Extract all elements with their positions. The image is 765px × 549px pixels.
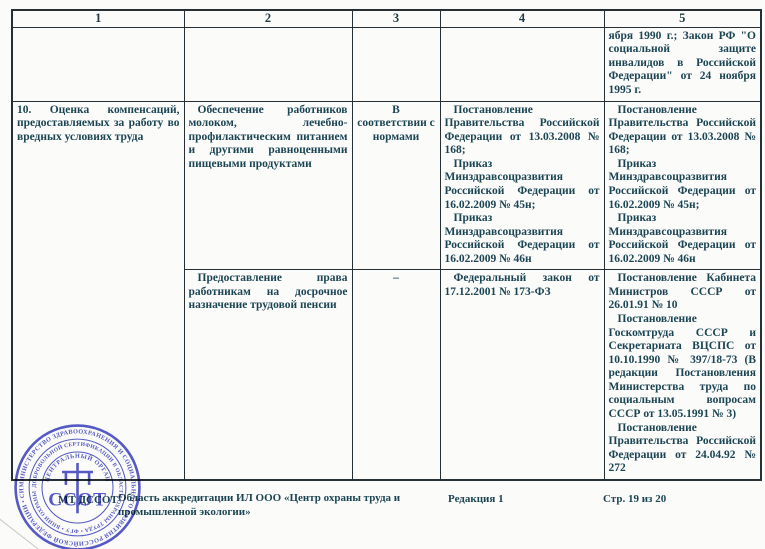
regulation-paragraph: Приказ Минздравсоцразвития Российской Фе… (609, 212, 757, 266)
certification-stamp-icon: МИНИСТЕРСТВО ЗДРАВООХРАНЕНИЯ И СОЦИАЛЬНО… (13, 423, 142, 549)
accreditation-scope-table: 1 2 3 4 5 ября 1990 г.; Закон РФ "О соци… (11, 9, 762, 481)
column-header-3: 3 (352, 10, 440, 27)
regulation-paragraph: Федеральный закон от 17.12.2001 № 173-ФЗ (445, 272, 600, 299)
cell-row10b-col3: – (352, 270, 440, 480)
column-header-2: 2 (184, 10, 352, 27)
row10-title-text: 10. Оценка компенсаций, предоставляемых … (17, 104, 180, 145)
column-header-1: 1 (12, 10, 184, 27)
regulation-paragraph: Приказ Минздравсоцразвития Российской Фе… (445, 158, 600, 212)
footer-accreditation-title: Область аккредитации ИЛ ООО «Центр охран… (118, 491, 448, 520)
cell-prev-col1 (12, 27, 184, 101)
law-reference-text: ября 1990 г.; Закон РФ "О социальной защ… (609, 30, 757, 98)
cell-row10a-col5: Постановление Правительства Российской Ф… (604, 101, 761, 270)
regulation-paragraph: Постановление Госкомтруда СССР и Секрета… (609, 313, 757, 422)
cell-row10b-col4: Федеральный закон от 17.12.2001 № 173-ФЗ (440, 270, 604, 480)
cell-row10a-col2: Обеспечение работников молоком, лечебно-… (184, 101, 352, 270)
regulation-paragraph: Приказ Минздравсоцразвития Российской Фе… (609, 158, 757, 212)
cell-prev-col4 (440, 27, 604, 101)
cell-row10b-col5: Постановление Кабинета Министров СССР от… (604, 270, 761, 480)
cell-prev-col5: ября 1990 г.; Закон РФ "О социальной защ… (604, 27, 761, 101)
regulation-paragraph: Приказ Минздравсоцразвития Российской Фе… (445, 212, 600, 266)
cell-row10a-col3: В соответствии с нормами (352, 101, 440, 270)
pension-right-text: Предоставление права работникам на досро… (189, 272, 348, 313)
cell-prev-col3 (352, 27, 440, 101)
cell-row10b-col2: Предоставление права работникам на досро… (184, 270, 352, 480)
row-10-sub1: 10. Оценка компенсаций, предоставляемых … (12, 101, 761, 270)
dash-text: – (357, 272, 436, 286)
footer-revision: Редакция 1 (448, 492, 504, 506)
footer-page-number: Стр. 19 из 20 (603, 492, 666, 506)
regulation-paragraph: Постановление Правительства Российской Ф… (445, 104, 600, 158)
milk-provision-text: Обеспечение работников молоком, лечебно-… (189, 104, 348, 172)
regulation-paragraph: Постановление Правительства Российской Ф… (609, 104, 757, 158)
scanned-document-page: 1 2 3 4 5 ября 1990 г.; Закон РФ "О соци… (0, 0, 765, 549)
table-header-row: 1 2 3 4 5 (12, 10, 761, 27)
cell-row10a-col4: Постановление Правительства Российской Ф… (440, 101, 604, 270)
regulation-paragraph: Постановление Правительства Российской Ф… (609, 422, 757, 476)
regulation-paragraph: Постановление Кабинета Министров СССР от… (609, 272, 757, 313)
row-continuation: ября 1990 г.; Закон РФ "О социальной защ… (12, 27, 761, 101)
norms-text: В соответствии с нормами (357, 104, 436, 145)
column-header-4: 4 (440, 10, 604, 27)
column-header-5: 5 (604, 10, 761, 27)
cell-prev-col2 (184, 27, 352, 101)
